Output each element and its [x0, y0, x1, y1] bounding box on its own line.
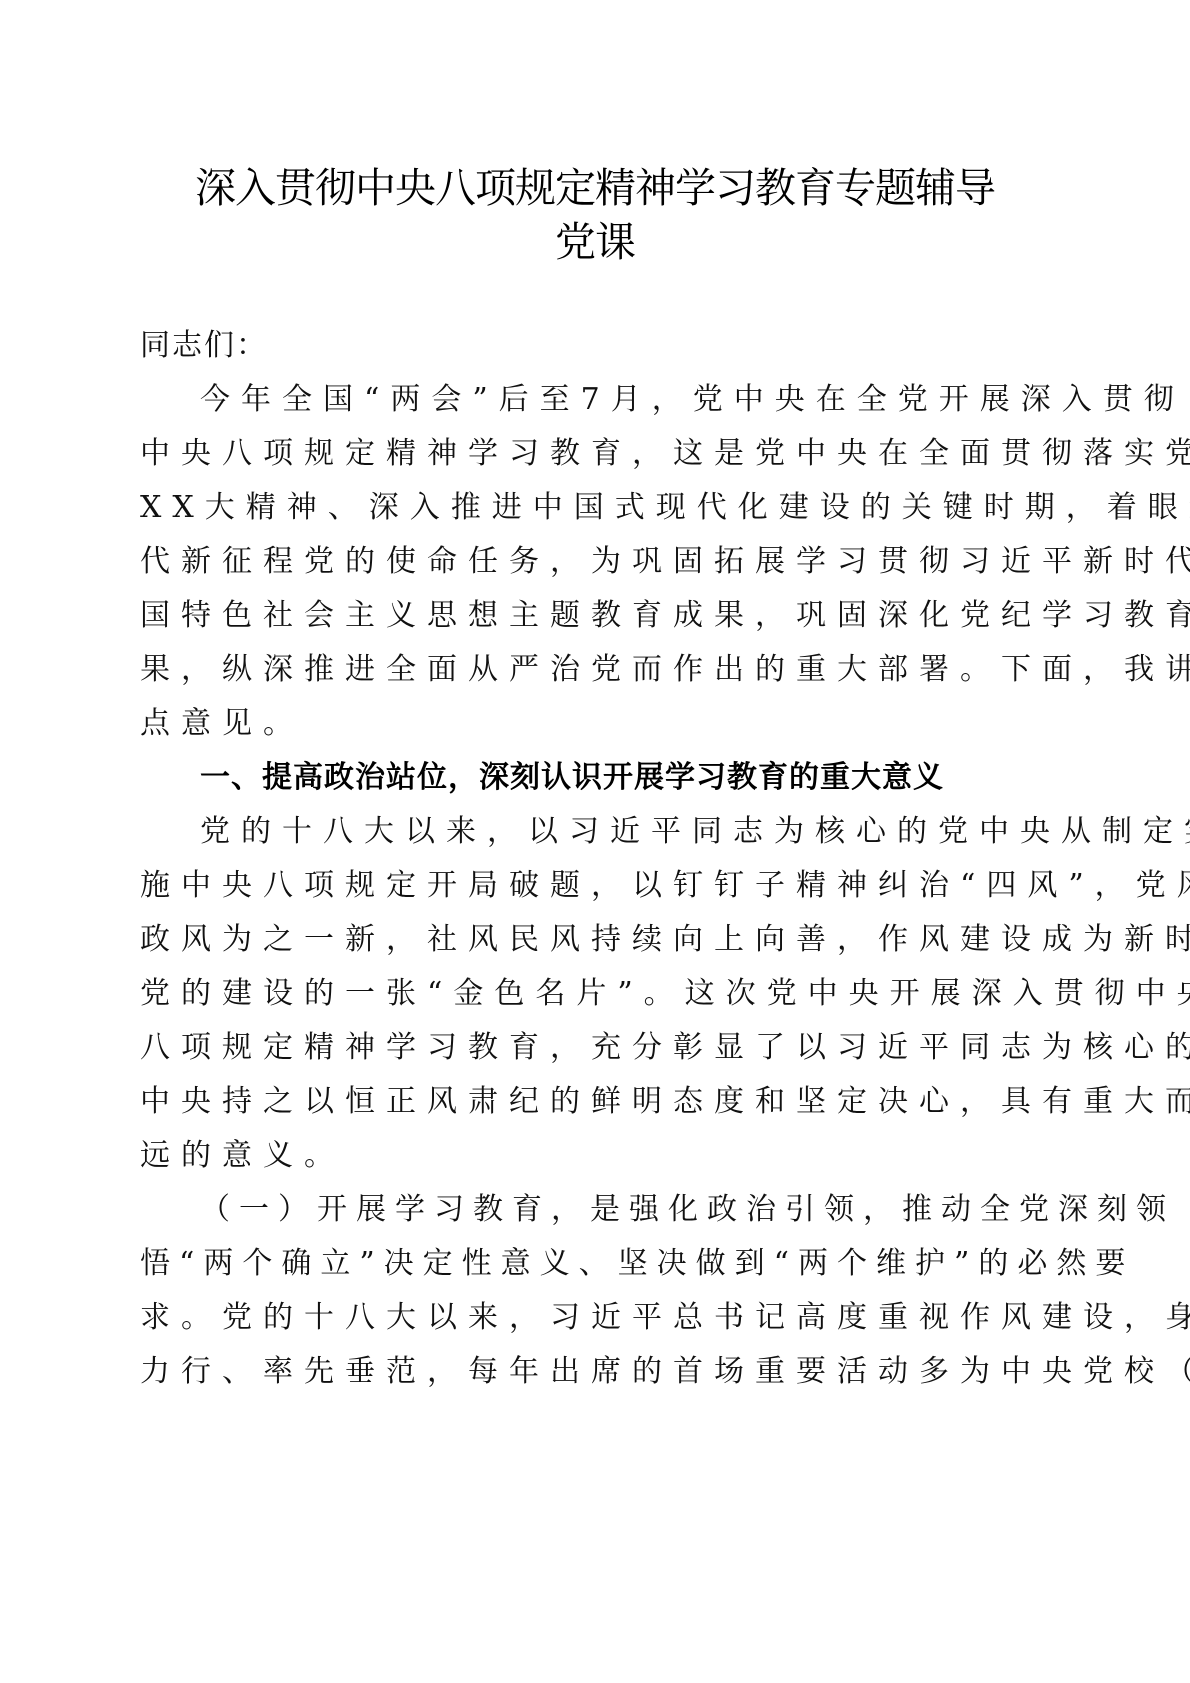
salutation: 同志们： [140, 326, 970, 366]
document-page: 深入贯彻中央八项规定精神学习教育专题辅导 党课 同志们： 今年全国“两会”后至7… [0, 0, 1190, 1683]
paragraph-2-line: 远的意义。 [140, 1136, 970, 1176]
paragraph-1-line: 国特色社会主义思想主题教育成果，巩固深化党纪学习教育成 [140, 596, 970, 636]
paragraph-1-line: 中央八项规定精神学习教育，这是党中央在全面贯彻落实党的 [140, 434, 970, 474]
paragraph-1-line: 代新征程党的使命任务，为巩固拓展学习贯彻习近平新时代中 [140, 542, 970, 582]
paragraph-1-line: 果，纵深推进全面从严治党而作出的重大部署。下面，我讲几 [140, 650, 970, 690]
subsection-1-line: 求。党的十八大以来，习近平总书记高度重视作风建设，身体 [140, 1298, 970, 1338]
document-title-line-1: 深入贯彻中央八项规定精神学习教育专题辅导 [0, 162, 1190, 214]
paragraph-2-line: 施中央八项规定开局破题，以钉钉子精神纠治“四风”，党风 [140, 866, 970, 906]
paragraph-2-line: 党的建设的一张“金色名片”。这次党中央开展深入贯彻中央 [140, 974, 970, 1014]
paragraph-1-line: 点意见。 [140, 704, 970, 744]
paragraph-2-line: 政风为之一新，社风民风持续向上向善，作风建设成为新时代 [140, 920, 970, 960]
paragraph-2-line: 中央持之以恒正风肃纪的鲜明态度和坚定决心，具有重大而深 [140, 1082, 970, 1122]
paragraph-1-line: XX大精神、深入推进中国式现代化建设的关键时期，着眼新时 [140, 488, 970, 528]
subsection-1-line: 悟“两个确立”决定性意义、坚决做到“两个维护”的必然要 [140, 1244, 970, 1284]
paragraph-2-line: 八项规定精神学习教育，充分彰显了以习近平同志为核心的党 [140, 1028, 970, 1068]
section-heading-1: 一、提高政治站位，深刻认识开展学习教育的重大意义 [200, 758, 1030, 798]
paragraph-1-line: 今年全国“两会”后至7月，党中央在全党开展深入贯彻 [200, 380, 1030, 420]
paragraph-2-line: 党的十八大以来，以习近平同志为核心的党中央从制定实 [200, 812, 1030, 852]
document-title-line-2: 党课 [0, 216, 1190, 268]
subsection-1-line: （一）开展学习教育，是强化政治引领，推动全党深刻领 [200, 1190, 1030, 1230]
subsection-1-line: 力行、率先垂范，每年出席的首场重要活动多为中央党校（国 [140, 1352, 970, 1392]
